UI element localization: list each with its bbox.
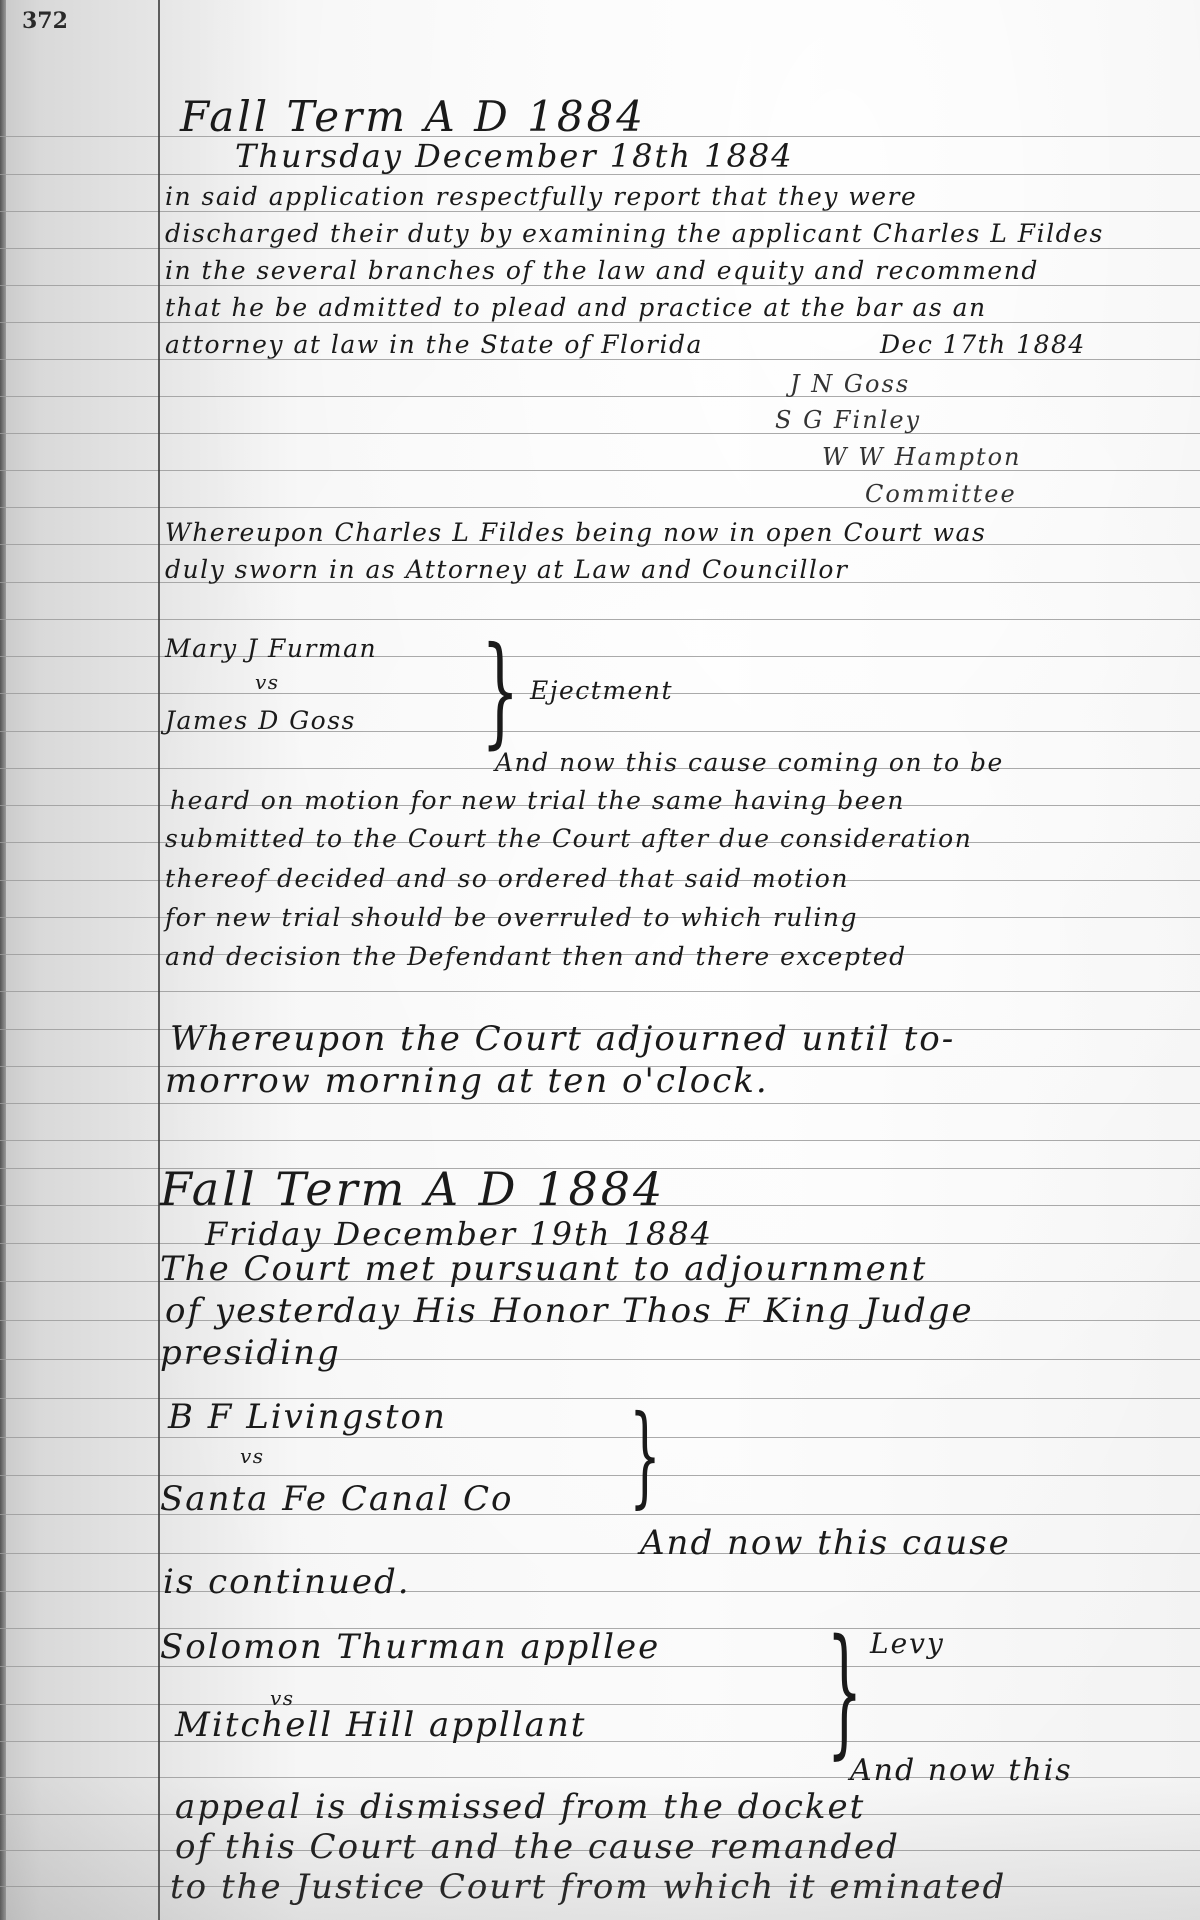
case-plaintiff: Solomon Thurman appllee (160, 1630, 660, 1664)
signature: J N Goss (790, 372, 910, 396)
brace-icon: } (629, 1400, 661, 1510)
entry-date: Thursday December 18th 1884 (235, 140, 794, 172)
case-text-line: And now this cause coming on to be (495, 750, 1004, 775)
oath-text-line: duly sworn in as Attorney at Law and Cou… (165, 557, 848, 582)
entry-text-line: The Court met pursuant to adjournment (160, 1252, 927, 1286)
case-text-line: heard on motion for new trial the same h… (170, 788, 905, 813)
entry-heading: Fall Term A D 1884 (160, 1166, 665, 1212)
rule-line (0, 285, 1200, 286)
case-text-line: submitted to the Court the Court after d… (165, 826, 972, 851)
rule-line (0, 396, 1200, 397)
rule-line (0, 1437, 1200, 1438)
rule-line (0, 619, 1200, 620)
rule-line (0, 991, 1200, 992)
entry-text-line: of yesterday His Honor Thos F King Judge (165, 1294, 974, 1328)
report-date: Dec 17th 1884 (880, 332, 1086, 357)
case-plaintiff: Mary J Furman (165, 636, 377, 661)
case-text-line: And now this cause (640, 1526, 1011, 1560)
case-defendant: James D Goss (165, 708, 356, 733)
rule-line (0, 322, 1200, 323)
case-versus: vs (240, 1446, 265, 1466)
rule-line (0, 1475, 1200, 1476)
case-action: Ejectment (530, 678, 673, 703)
case-plaintiff: B F Livingston (168, 1400, 447, 1434)
entry-text-line: presiding (160, 1336, 341, 1370)
case-versus: vs (255, 672, 280, 692)
signature: S G Finley (775, 408, 921, 432)
rule-line (0, 248, 1200, 249)
brace-icon: } (827, 1622, 863, 1762)
rule-line (0, 1140, 1200, 1141)
case-text-line: thereof decided and so ordered that said… (165, 866, 849, 891)
entry-text-line: attorney at law in the State of Florida (165, 332, 703, 357)
case-defendant: Mitchell Hill appllant (175, 1708, 586, 1742)
case-defendant: Santa Fe Canal Co (160, 1482, 513, 1516)
entry-text-line: in said application respectfully report … (165, 184, 917, 209)
ledger-page: 372 Fall Term A D 1884 Thursday December… (0, 0, 1200, 1920)
entry-text-line: that he be admitted to plead and practic… (165, 295, 987, 320)
case-text-line: is continued. (163, 1565, 411, 1599)
entry-text-line: in the several branches of the law and e… (165, 258, 1039, 283)
rule-line (0, 211, 1200, 212)
entry-date: Friday December 19th 1884 (205, 1218, 713, 1250)
page-bottom-shadow (0, 1780, 1200, 1920)
committee-label: Committee (865, 482, 1017, 506)
oath-text-line: Whereupon Charles L Fildes being now in … (165, 520, 986, 545)
entry-heading: Fall Term A D 1884 (180, 96, 646, 138)
adjournment-text-line: morrow morning at ten o'clock. (165, 1064, 769, 1098)
brace-icon: } (481, 632, 519, 752)
rule-line (0, 1553, 1200, 1554)
page-number: 372 (22, 8, 68, 34)
adjournment-text-line: Whereupon the Court adjourned until to- (170, 1022, 955, 1056)
rule-line (0, 359, 1200, 360)
rule-line (0, 1103, 1200, 1104)
entry-text-line: discharged their duty by examining the a… (165, 221, 1104, 246)
signature: W W Hampton (822, 445, 1022, 469)
rule-line (0, 507, 1200, 508)
case-action: Levy (870, 1630, 945, 1658)
rule-line (0, 433, 1200, 434)
case-text-line: for new trial should be overruled to whi… (165, 905, 858, 930)
case-text-line: and decision the Defendant then and ther… (165, 944, 907, 969)
